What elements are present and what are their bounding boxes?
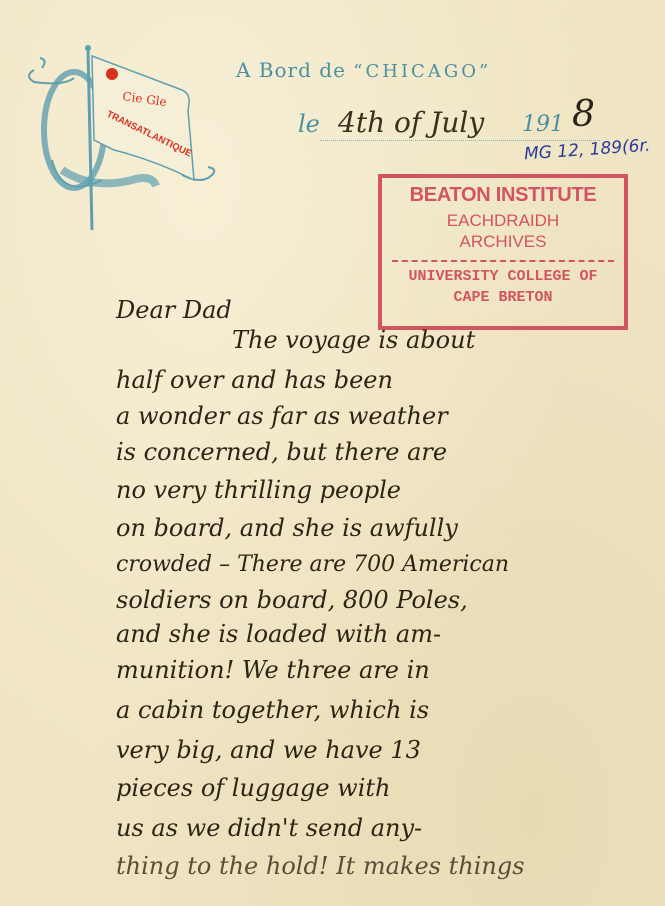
- letter-line: on board, and she is awfully: [116, 514, 458, 542]
- date-prefix: le: [298, 110, 320, 138]
- year-printed: 191: [522, 112, 564, 137]
- letter-line: soldiers on board, 800 Poles,: [116, 586, 468, 614]
- date-line: le 4th of July 191 8: [290, 110, 600, 140]
- stamp-line-5: CAPE BRETON: [382, 289, 624, 306]
- letter-line: a wonder as far as weather: [116, 402, 448, 430]
- ship-name: “CHICAGO”: [353, 61, 491, 82]
- letterhead-prefix: A Bord de: [236, 58, 346, 82]
- archive-stamp: BEATON INSTITUTE EACHDRAIDH ARCHIVES UNI…: [378, 174, 628, 330]
- letter-line: half over and has been: [116, 366, 393, 394]
- letter-line: very big, and we have 13: [116, 736, 421, 764]
- stamp-line-3: ARCHIVES: [382, 232, 624, 252]
- stamp-line-1: BEATON INSTITUTE: [382, 184, 624, 207]
- date-handwritten: 4th of July: [338, 106, 484, 139]
- letterhead-title: A Bord de “CHICAGO”: [236, 58, 491, 82]
- letter-line: is concerned, but there are: [116, 438, 447, 466]
- date-dotted-rule: [320, 140, 600, 141]
- compagnie-generale-transatlantique-flag-emblem: Cie Gle TRANSATLANTIQUE: [22, 40, 242, 240]
- letter-line: a cabin together, which is: [116, 696, 429, 724]
- red-dot-icon: [106, 68, 118, 80]
- stamp-line-2: EACHDRAIDH: [382, 211, 624, 231]
- letter-line: crowded – There are 700 American: [116, 552, 509, 577]
- year-handwritten: 8: [572, 94, 595, 135]
- stamp-line-4: UNIVERSITY COLLEGE OF: [382, 268, 624, 285]
- letter-line: pieces of luggage with: [116, 774, 390, 802]
- letter-line: and she is loaded with am-: [116, 620, 441, 648]
- salutation: Dear Dad: [116, 296, 232, 324]
- letter-line: thing to the hold! It makes things: [116, 852, 525, 880]
- stamp-divider: [392, 260, 614, 262]
- letter-line: no very thrilling people: [116, 476, 401, 504]
- letter-line: munition! We three are in: [116, 656, 430, 684]
- letter-line: The voyage is about: [232, 326, 475, 354]
- letter-line: us as we didn't send any-: [116, 814, 422, 842]
